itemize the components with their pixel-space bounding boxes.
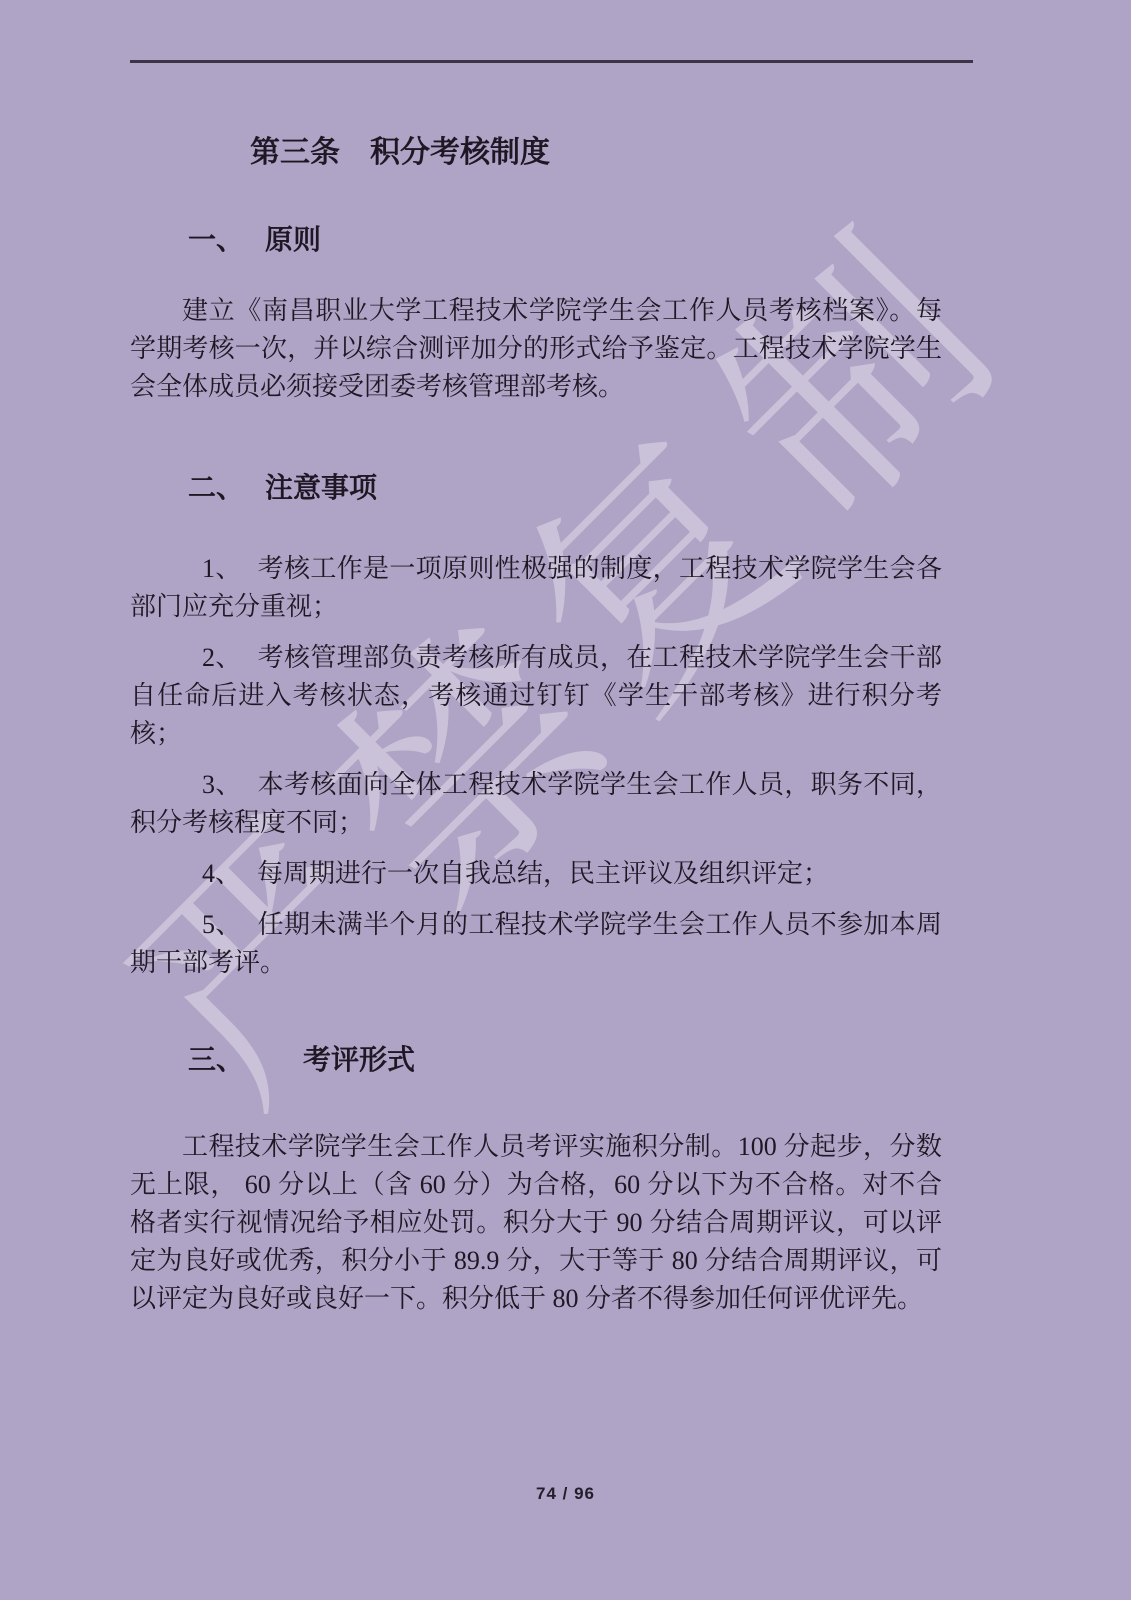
paragraph-evaluation-form: 工程技术学院学生会工作人员考评实施积分制。100 分起步，分数无上限， 60 分… [130,1128,942,1318]
section-title: 考评形式 [303,1045,415,1076]
item-text: 每周期进行一次自我总结，民主评议及组织评定； [257,859,829,888]
item-number: 3、 [202,770,242,799]
page-number: 74 / 96 [0,1484,1131,1504]
section-heading-principles: 一、 原则 [188,222,942,260]
section-title: 原则 [265,225,321,256]
list-item-5: 5、任期未满半个月的工程技术学院学生会工作人员不参加本周期干部考评。 [130,906,942,982]
document-title: 第三条 积分考核制度 [250,134,942,172]
item-text: 考核工作是一项原则性极强的制度，工程技术学院学生会各部门应充分重视； [130,554,942,621]
item-text: 本考核面向全体工程技术学院学生会工作人员，职务不同，积分考核程度不同； [130,770,942,837]
numbered-item-list: 1、考核工作是一项原则性极强的制度，工程技术学院学生会各部门应充分重视； 2、考… [130,550,942,982]
section-heading-evaluation-form: 三、 考评形式 [188,1042,942,1080]
section-number: 三、 [188,1045,244,1076]
item-number: 5、 [202,910,242,939]
list-item-1: 1、考核工作是一项原则性极强的制度，工程技术学院学生会各部门应充分重视； [130,550,942,626]
section-heading-notes: 二、 注意事项 [188,470,942,508]
list-item-2: 2、考核管理部负责考核所有成员，在工程技术学院学生会干部自任命后进入考核状态，考… [130,639,942,753]
item-text: 任期未满半个月的工程技术学院学生会工作人员不参加本周期干部考评。 [130,910,942,977]
document-page: 严禁复制 第三条 积分考核制度 一、 原则 建立《南昌职业大学工程技术学院学生会… [0,0,1131,1600]
section-number: 一、 [188,225,244,256]
item-number: 1、 [202,554,242,583]
document-content: 第三条 积分考核制度 一、 原则 建立《南昌职业大学工程技术学院学生会工作人员考… [130,0,942,1318]
section-number: 二、 [188,473,244,504]
list-item-4: 4、每周期进行一次自我总结，民主评议及组织评定； [130,855,942,893]
list-item-3: 3、本考核面向全体工程技术学院学生会工作人员，职务不同，积分考核程度不同； [130,766,942,842]
paragraph-principles: 建立《南昌职业大学工程技术学院学生会工作人员考核档案》。每学期考核一次，并以综合… [130,292,942,406]
item-number: 2、 [202,643,242,672]
section-title: 注意事项 [265,473,377,504]
item-text: 考核管理部负责考核所有成员，在工程技术学院学生会干部自任命后进入考核状态，考核通… [130,643,942,748]
item-number: 4、 [202,859,241,888]
